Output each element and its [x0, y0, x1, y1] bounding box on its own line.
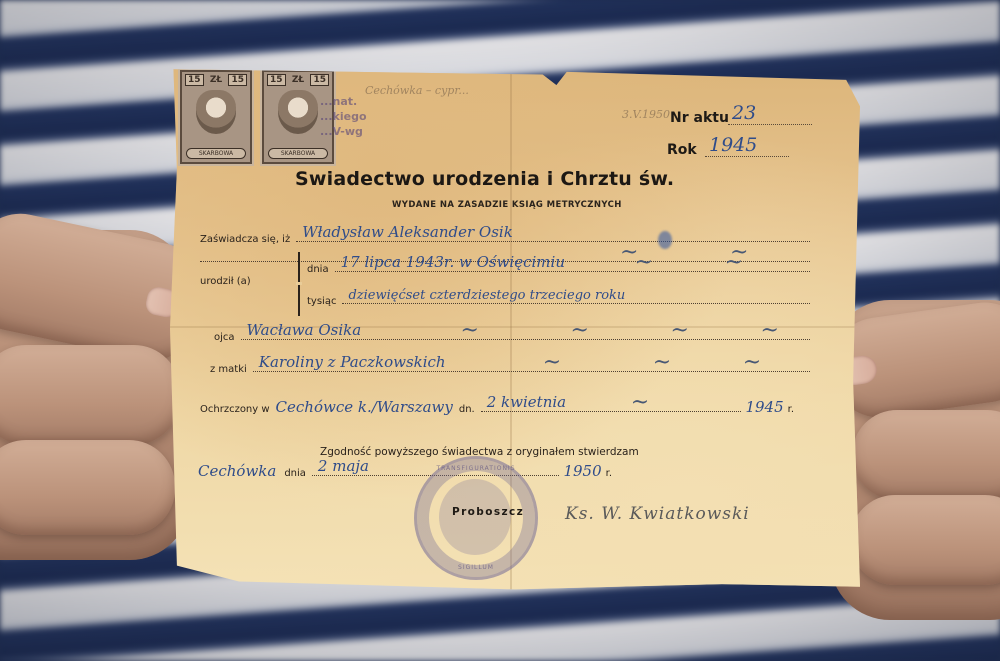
birth-baptism-certificate: 15ZŁ15 SKARBOWA 15ZŁ15 SKARBOWA ...nat. …: [170, 64, 860, 592]
field-name: Zaświadcza się, iż Władysław Aleksander …: [200, 224, 810, 245]
act-number: 23: [728, 102, 812, 125]
right-finger: [850, 495, 1000, 585]
signer-title: Proboszcz: [452, 506, 524, 518]
parish-seal: TRANSFIGURATIONIS SIGILLUM: [414, 456, 538, 580]
baptism-year: 1945: [745, 398, 783, 416]
act-number-label: Nr aktu: [670, 110, 729, 126]
child-name: Władysław Aleksander Osik: [302, 223, 513, 241]
eagle-emblem-icon: [278, 90, 318, 134]
certification-date: 2 maja: [318, 457, 369, 475]
revenue-stamp: 15ZŁ15 SKARBOWA: [180, 70, 252, 164]
field-birth-year-words: tysiąc dziewięćset czterdziestego trzeci…: [307, 286, 810, 307]
left-finger: [0, 440, 175, 535]
certification-place: Cechówka: [198, 462, 276, 480]
pencil-note: Cechówka – cypr...: [365, 84, 469, 97]
field-baptism: Ochrzczony w Cechówce k./Warszawy dn. 2 …: [200, 394, 800, 416]
record-year: 1945: [705, 134, 789, 157]
baptism-date: 2 kwietnia: [487, 393, 566, 411]
mother-name: Karoliny z Paczkowskich: [259, 353, 446, 371]
field-birth-date: dnia 17 lipca 1943r. w Oświęcimiu~~: [307, 254, 810, 275]
document-subtitle: WYDANE NA ZASADZIE KSIĄG METRYCZNYCH: [392, 200, 622, 210]
signature: Ks. W. Kwiatkowski: [565, 504, 750, 524]
father-name: Wacława Osika: [247, 321, 362, 339]
document-title: Swiadectwo urodzenia i Chrztu św.: [295, 168, 674, 190]
field-certification-date: Cechówka dnia 2 maja 1950 r.: [198, 458, 618, 480]
birth-date: 17 lipca 1943r. w Oświęcimiu: [341, 253, 565, 271]
eagle-emblem-icon: [196, 90, 236, 134]
stamp-overprint: ...nat. ...kiego ...V-wg: [320, 94, 367, 139]
field-born-label: urodził (a): [200, 276, 257, 287]
birth-year-words: dziewięćset czterdziestego trzeciego rok…: [348, 288, 625, 303]
year-label: Rok: [667, 142, 697, 158]
pencil-date: 3.V.1950: [622, 108, 670, 121]
baptism-place: Cechówce k./Warszawy: [276, 398, 453, 416]
left-finger: [0, 345, 180, 445]
right-finger: [852, 410, 1000, 500]
field-mother: z matki Karoliny z Paczkowskich~~~: [210, 354, 810, 375]
certification-year: 1950: [563, 462, 601, 480]
field-father: ojca Wacława Osika~~~~: [214, 322, 810, 343]
